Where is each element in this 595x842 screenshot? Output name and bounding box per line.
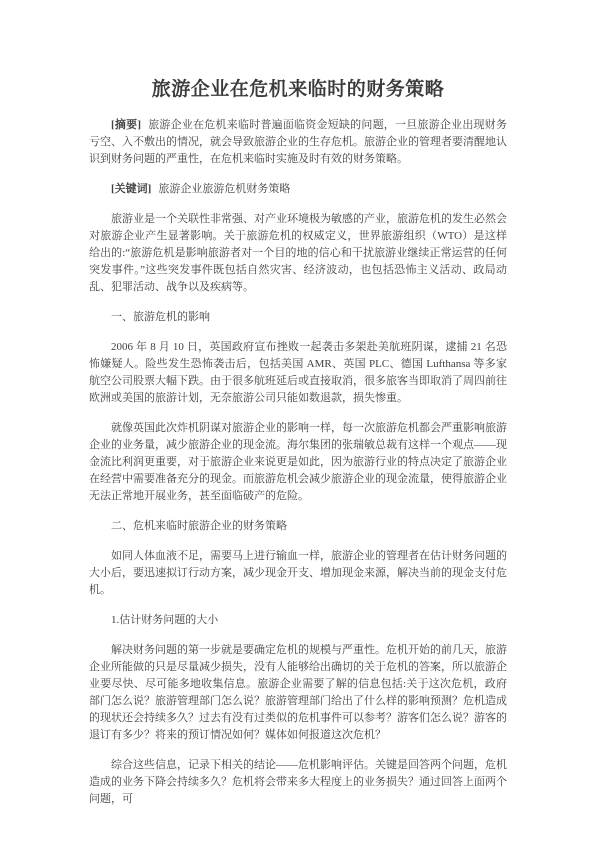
section-1-heading: 一、旅游危机的影响 (89, 309, 507, 326)
abstract-text: 旅游企业在危机来临时普遍面临资金短缺的问题，一旦旅游企业出现财务亏空、入不敷出的… (89, 119, 507, 165)
subsection-2-1-paragraph-2: 综合这些信息，记录下相关的结论——危机影响评估。关键是回答两个问题，危机造成的业… (89, 757, 507, 808)
subsection-2-1-paragraph-1: 解决财务问题的第一步就是要确定危机的规模与严重性。危机开始的前几天，旅游企业所能… (89, 642, 507, 744)
section-2-heading: 二、危机来临时旅游企业的财务策略 (89, 518, 507, 535)
subsection-2-1-heading: 1.估计财务问题的大小 (89, 612, 507, 629)
section-2-paragraph-1: 如同人体血液不足，需要马上进行输血一样，旅游企业的管理者在估计财务问题的大小后，… (89, 548, 507, 599)
document-title: 旅游企业在危机来临时的财务策略 (89, 76, 507, 103)
keywords-paragraph: [关键词]旅游企业旅游危机财务策略 (89, 181, 507, 198)
abstract-label: [摘要] (111, 119, 141, 131)
section-1-paragraph-2: 就像英国此次炸机阴谋对旅游企业的影响一样，每一次旅游危机都会严重影响旅游企业的业… (89, 420, 507, 505)
section-1-paragraph-1: 2006 年 8 月 10 日，英国政府宣布挫败一起袭击多架赴美航班阴谋，逮捕 … (89, 339, 507, 407)
abstract-paragraph: [摘要]旅游企业在危机来临时普遍面临资金短缺的问题，一旦旅游企业出现财务亏空、入… (89, 117, 507, 168)
keywords-text: 旅游企业旅游危机财务策略 (158, 183, 290, 195)
document-page: 旅游企业在危机来临时的财务策略 [摘要]旅游企业在危机来临时普遍面临资金短缺的问… (0, 0, 595, 842)
intro-paragraph: 旅游业是一个关联性非常强、对产业环境极为敏感的产业，旅游危机的发生必然会对旅游企… (89, 211, 507, 296)
keywords-label: [关键词] (111, 183, 151, 195)
